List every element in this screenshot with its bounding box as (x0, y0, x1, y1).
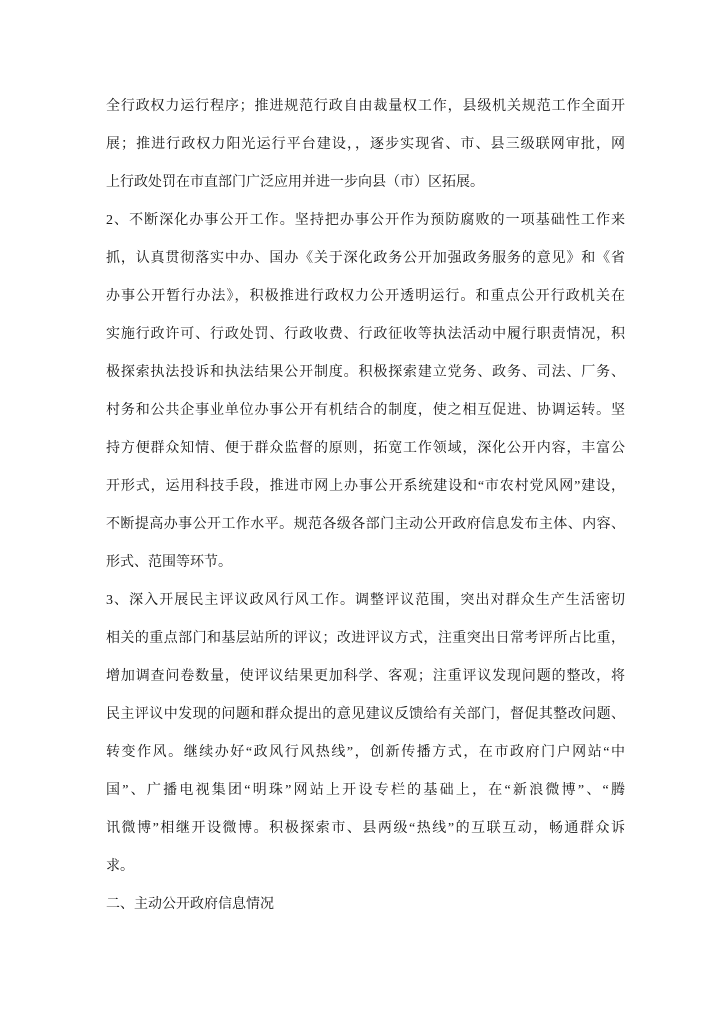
text-line: 持方便群众知情、便于群众监督的原则，拓宽工作领域，深化公开内容，丰富公 (106, 430, 625, 468)
text-line: 增加调查问卷数量，使评议结果更加科学、客观；注重评议发现问题的整改，将 (106, 658, 625, 696)
text-line: 办事公开暂行办法》，积极推进行政权力公开透明运行。和重点公开行政机关在 (106, 278, 625, 316)
text-line: 极探索执法投诉和执法结果公开制度。积极探索建立党务、政务、司法、厂务、 (106, 354, 625, 392)
text-line: 不断提高办事公开工作水平。规范各级各部门主动公开政府信息发布主体、内容、 (106, 506, 625, 544)
text-line: 讯微博”相继开设微博。积极探索市、县两级“热线”的互联互动，畅通群众诉 (106, 810, 625, 848)
text-line: 开形式，运用科技手段，推进市网上办事公开系统建设和“市农村党风网”建设， (106, 468, 625, 506)
text-line: 实施行政许可、行政处罚、行政收费、行政征收等执法活动中履行职责情况，积 (106, 316, 625, 354)
text-line: 民主评议中发现的问题和群众提出的意见建议反馈给有关部门，督促其整改问题、 (106, 696, 625, 734)
text-line-paragraph-end: 形式、范围等环节。 (106, 544, 625, 582)
text-line-paragraph-end: 上行政处罚在市直部门广泛应用并进一步向县（市）区拓展。 (106, 164, 625, 202)
document-text-block: 全行政权力运行程序；推进规范行政自由裁量权工作，县级机关规范工作全面开 展；推进… (106, 88, 625, 924)
document-page: 全行政权力运行程序；推进规范行政自由裁量权工作，县级机关规范工作全面开 展；推进… (0, 0, 721, 1020)
text-line: 展；推进行政权力阳光运行平台建设，，逐步实现省、市、县三级联网审批，网 (106, 126, 625, 164)
text-line: 转变作风。继续办好“政风行风热线”，创新传播方式，在市政府门户网站“中 (106, 734, 625, 772)
text-line-paragraph-end: 求。 (106, 848, 625, 886)
text-line: 全行政权力运行程序；推进规范行政自由裁量权工作，县级机关规范工作全面开 (106, 88, 625, 126)
text-line: 抓，认真贯彻落实中办、国办《关于深化政务公开加强政务服务的意见》和《省 (106, 240, 625, 278)
section-heading: 二、主动公开政府信息情况 (106, 886, 625, 924)
text-line: 村务和公共企事业单位办事公开有机结合的制度，使之相互促进、协调运转。坚 (106, 392, 625, 430)
text-line: 国”、广播电视集团“明珠”网站上开设专栏的基础上，在“新浪微博”、“腾 (106, 772, 625, 810)
text-line-paragraph-start: 2、不断深化办事公开工作。坚持把办事公开作为预防腐败的一项基础性工作来 (106, 202, 625, 240)
text-line-paragraph-start: 3、深入开展民主评议政风行风工作。调整评议范围，突出对群众生产生活密切 (106, 582, 625, 620)
text-line: 相关的重点部门和基层站所的评议；改进评议方式，注重突出日常考评所占比重， (106, 620, 625, 658)
